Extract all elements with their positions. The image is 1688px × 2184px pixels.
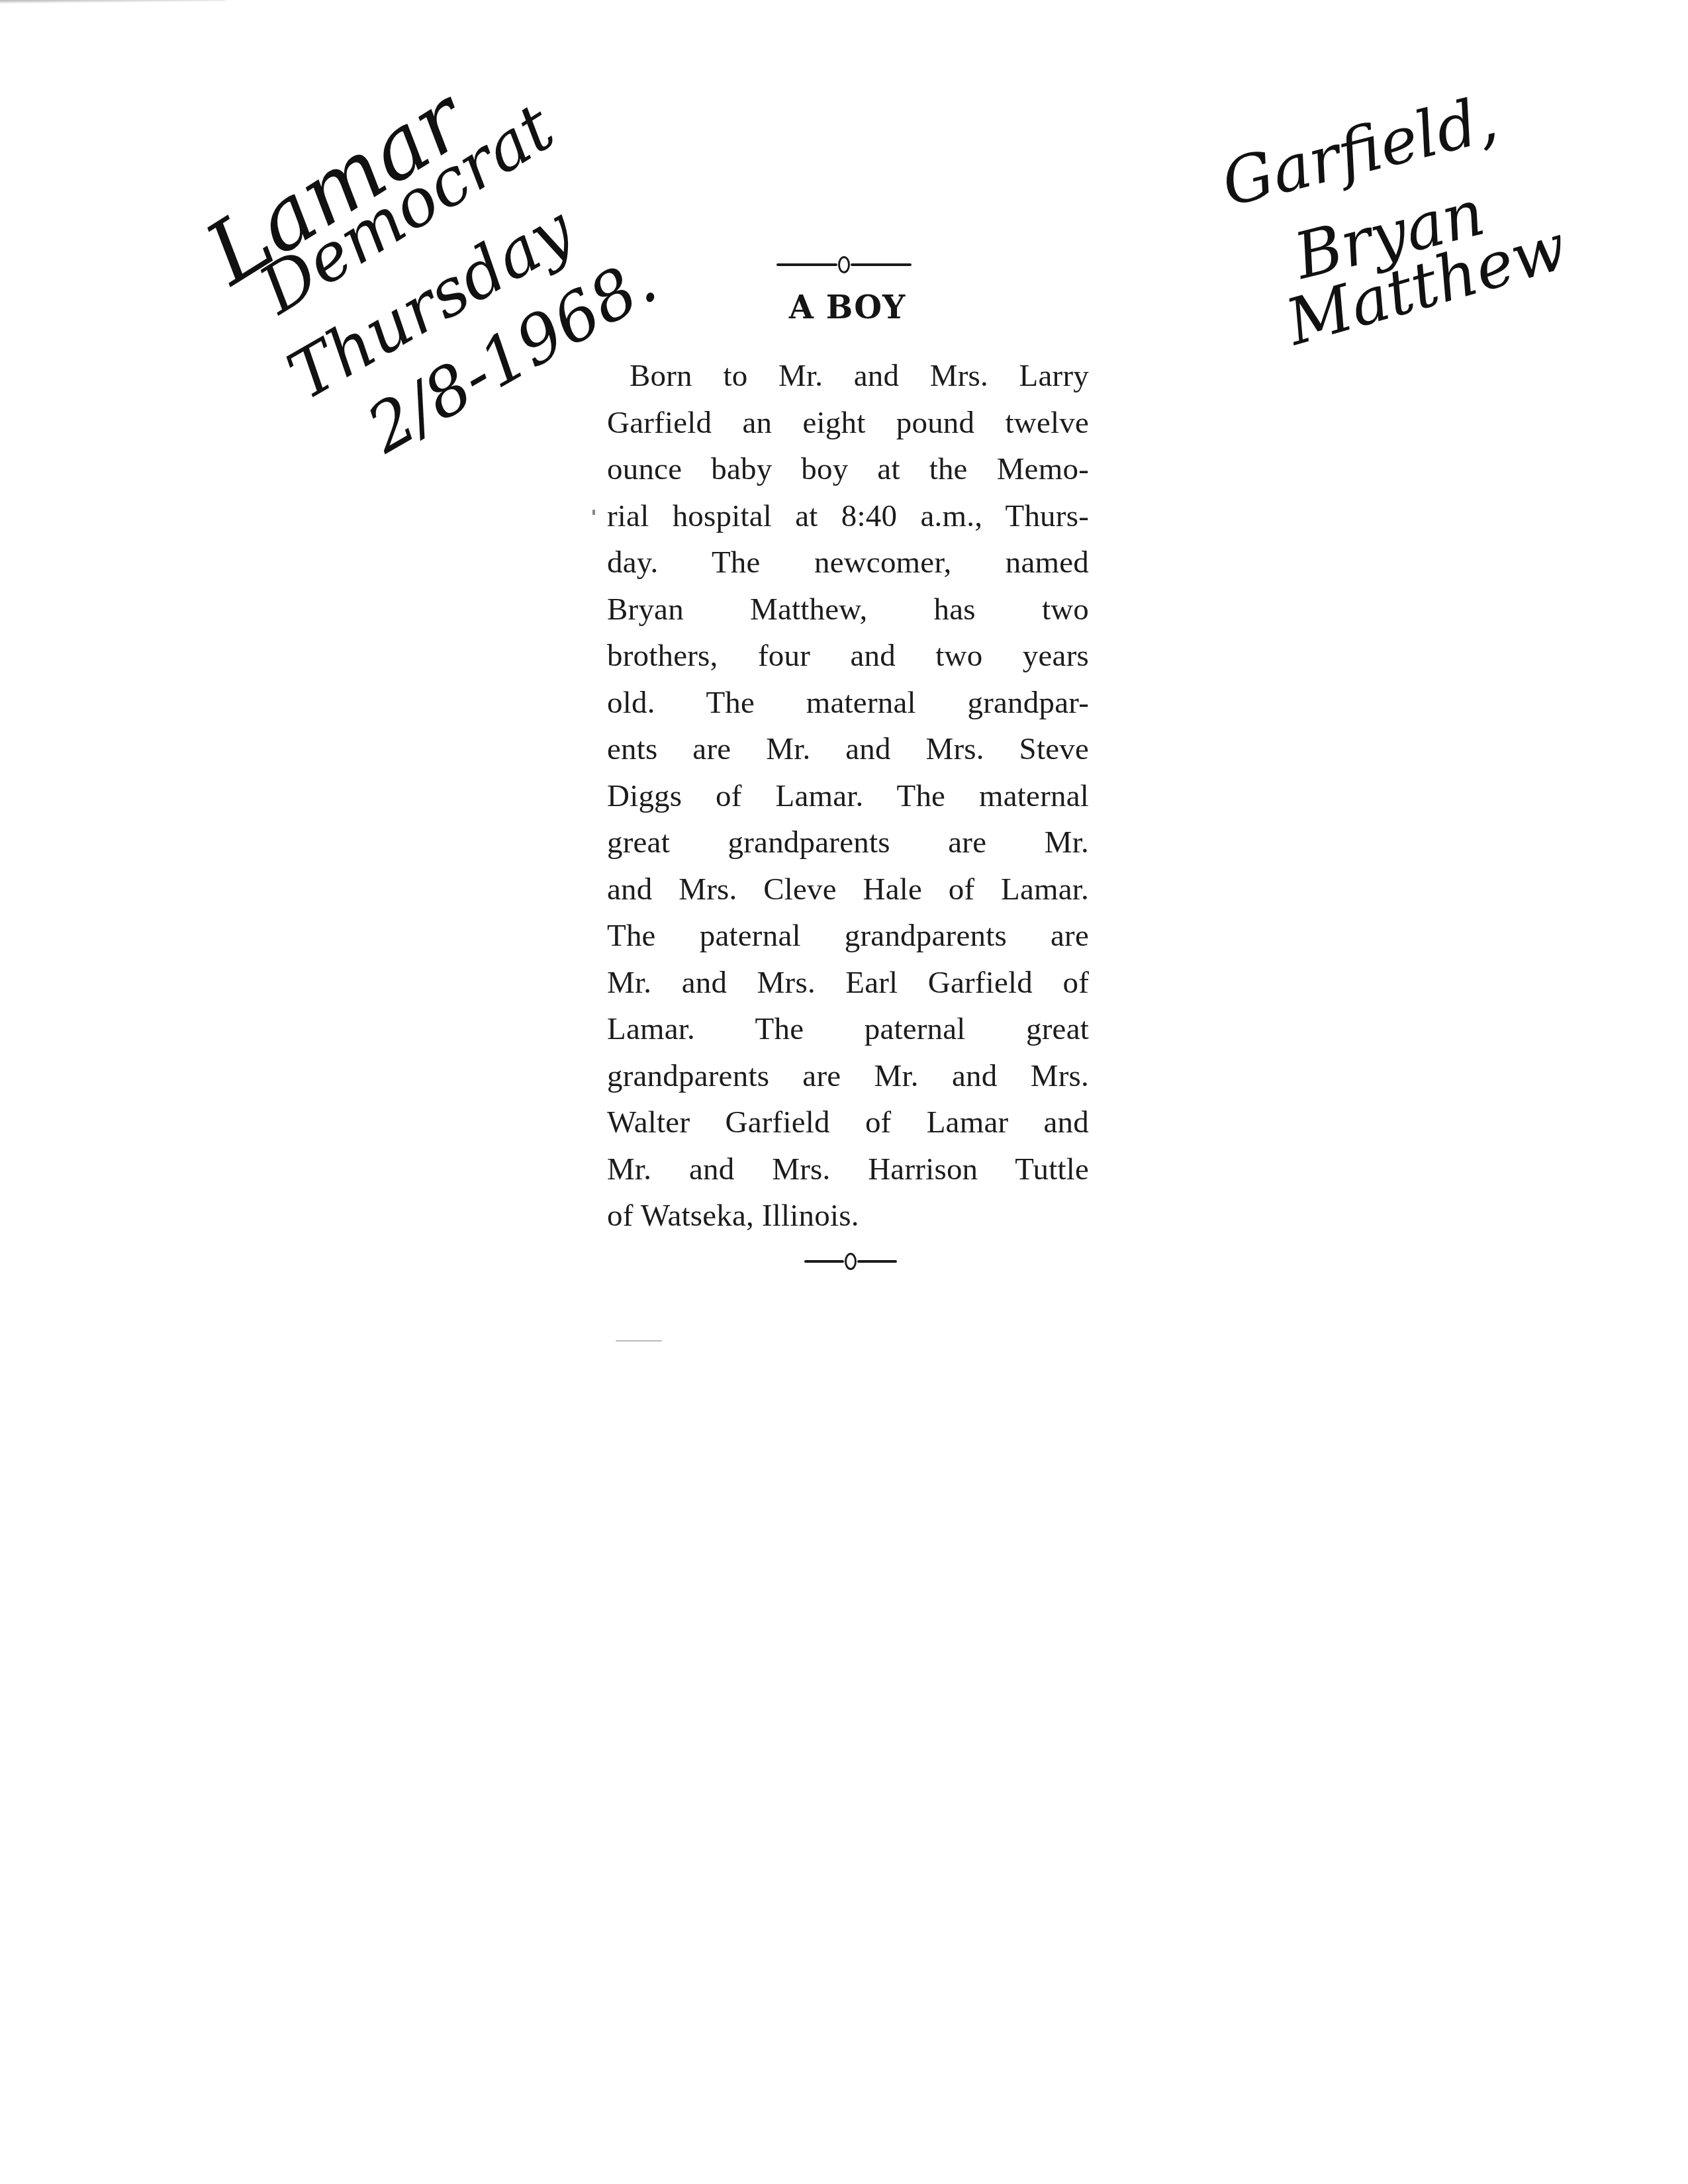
ornament-divider-icon <box>599 1251 1089 1271</box>
clipping-body-line: great grandparents are Mr. <box>607 819 1089 866</box>
scan-edge-shadow <box>0 0 225 4</box>
clipping-body: Born to Mr. and Mrs. LarryGarfield an ei… <box>607 353 1089 1240</box>
clipping-body-line: of Watseka, Illinois. <box>607 1193 1089 1240</box>
handwritten-name-note: Garfield, Bryan Matthew <box>1211 113 1582 364</box>
clipping-body-line: and Mrs. Cleve Hale of Lamar. <box>607 866 1089 913</box>
clipping-body-line: day. The newcomer, named <box>607 539 1089 586</box>
newspaper-clipping: A BOY Born to Mr. and Mrs. LarryGarfield… <box>599 255 1089 1271</box>
clipping-body-line: Garfield an eight pound twelve <box>607 400 1089 447</box>
clipping-body-line: Bryan Matthew, has two <box>607 586 1089 633</box>
clipping-body-line: grandparents are Mr. and Mrs. <box>607 1053 1089 1100</box>
clipping-body-line: Diggs of Lamar. The maternal <box>607 773 1089 820</box>
clipping-body-line: ents are Mr. and Mrs. Steve <box>607 726 1089 773</box>
clipping-body-line: Born to Mr. and Mrs. Larry <box>607 353 1089 400</box>
ornament-divider-icon <box>599 255 1089 275</box>
clipping-body-line: Lamar. The paternal great <box>607 1006 1089 1053</box>
clipping-body-line: rial hospital at 8:40 a.m., Thurs- <box>607 493 1089 540</box>
handwritten-source-note: Lamar Democrat Thursday 2/8-1968. <box>225 132 635 437</box>
clipping-body-line: The paternal grandparents are <box>607 913 1089 960</box>
clipping-body-line: Mr. and Mrs. Harrison Tuttle <box>607 1146 1089 1193</box>
clipping-body-line: Walter Garfield of Lamar and <box>607 1099 1089 1146</box>
clipping-headline: A BOY <box>599 289 1089 326</box>
clipping-body-line: ounce baby boy at the Memo- <box>607 446 1089 493</box>
scan-speck <box>616 1340 662 1342</box>
scan-speck <box>592 510 595 515</box>
clipping-body-line: brothers, four and two years <box>607 633 1089 680</box>
clipping-body-line: Mr. and Mrs. Earl Garfield of <box>607 960 1089 1007</box>
clipping-body-line: old. The maternal grandpar- <box>607 680 1089 727</box>
